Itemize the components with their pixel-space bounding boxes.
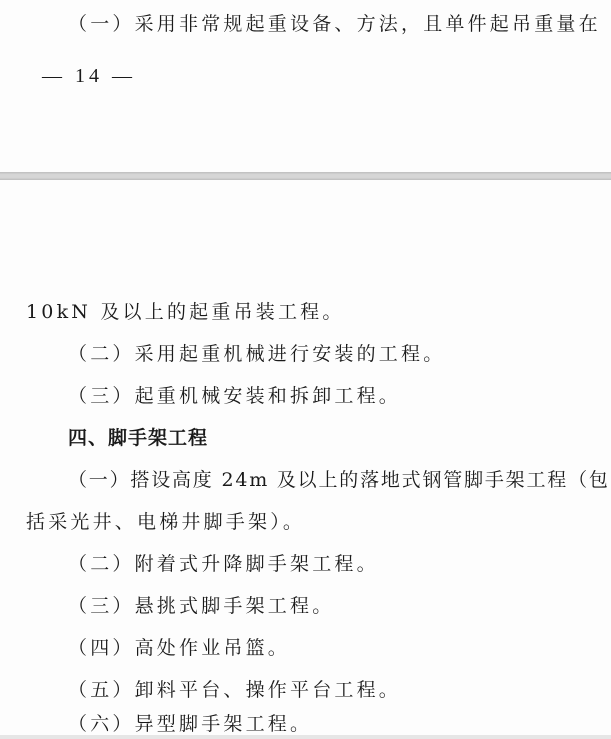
list-item: （五）卸料平台、操作平台工程。 [68,678,401,702]
viewer-bottom-edge [0,735,611,739]
list-item: （二）采用起重机械进行安装的工程。 [68,342,445,366]
list-item: （三）悬挑式脚手架工程。 [68,594,334,618]
page-number: — 14 — [42,64,136,88]
document-page-14: （一）采用非常规起重设备、方法，且单件起吊重量在 — 14 — [0,0,611,172]
document-page-15: 10kN 及以上的起重吊装工程。 （二）采用起重机械进行安装的工程。 （三）起重… [0,180,611,735]
list-item: （六）异型脚手架工程。 [68,712,312,736]
list-item: （四）高处作业吊篮。 [68,636,290,660]
list-item: （一）搭设高度 24m 及以上的落地式钢管脚手架工程（包 [68,468,610,492]
paragraph-line: 10kN 及以上的起重吊装工程。 [26,300,345,324]
paragraph-line: （一）采用非常规起重设备、方法，且单件起吊重量在 [68,12,601,36]
section-heading: 四、脚手架工程 [68,426,208,450]
list-item: （二）附着式升降脚手架工程。 [68,552,379,576]
paragraph-line: 括采光井、电梯井脚手架）。 [26,510,305,534]
list-item: （三）起重机械安装和拆卸工程。 [68,384,401,408]
page-separator [0,172,611,180]
